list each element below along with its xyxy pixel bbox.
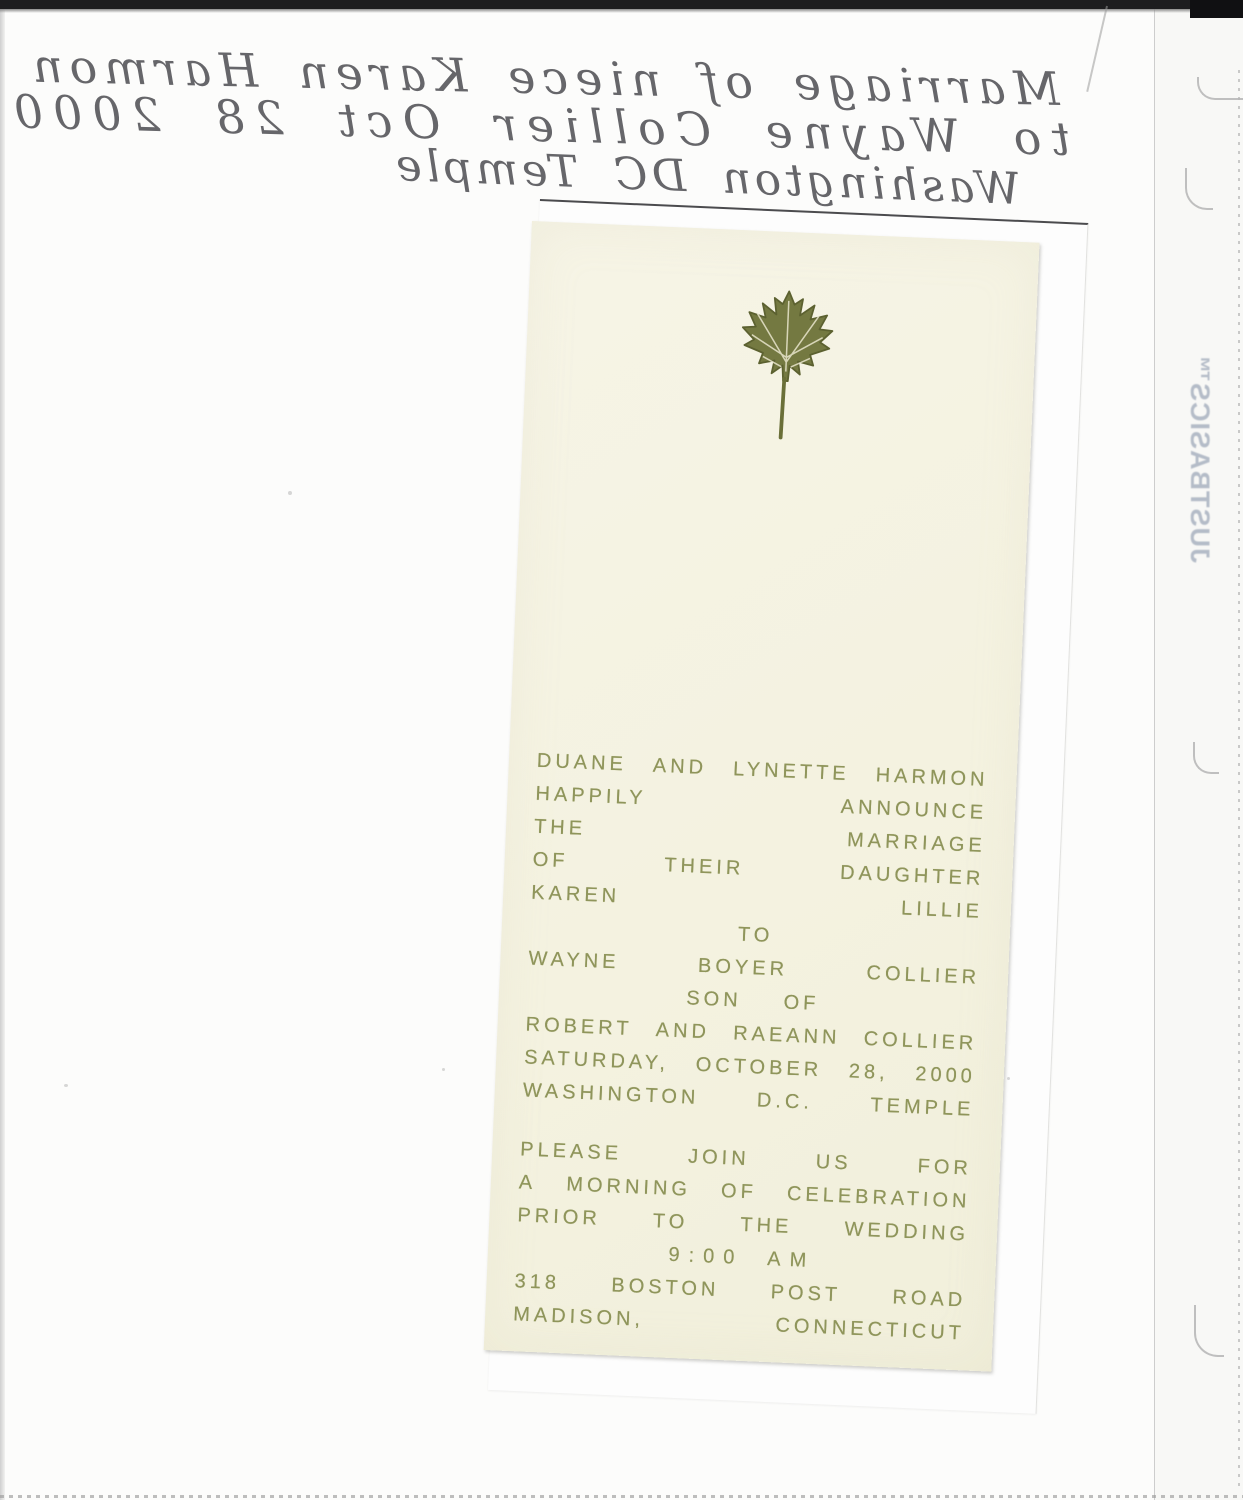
page-edge-left <box>0 8 5 1500</box>
page-edge-right <box>1238 70 1240 1486</box>
handwritten-line: Marriage of niece Karen Harmon <box>25 39 1060 116</box>
scan-edge-top-right <box>1190 0 1243 18</box>
sheet-protector-edge: JUSTBASICS™ <box>1154 0 1243 1500</box>
binder-tab-mark <box>1193 742 1219 774</box>
announcement-card: DUANEANDLYNETTEHARMON HAPPILYANNOUNCE TH… <box>484 221 1040 1372</box>
binder-tab-mark <box>1185 168 1213 210</box>
binder-tab-mark <box>1194 1305 1224 1357</box>
paper-speck <box>442 1068 445 1071</box>
announcement-text: DUANEANDLYNETTEHARMON HAPPILYANNOUNCE TH… <box>512 750 989 1356</box>
scanned-page: DUANEANDLYNETTEHARMON HAPPILYANNOUNCE TH… <box>0 0 1243 1500</box>
paper-speck <box>64 1084 68 1087</box>
scan-edge-top <box>0 0 1243 9</box>
maple-leaf-icon <box>724 287 848 443</box>
sheet-brand: JUSTBASICS™ <box>1163 368 1235 548</box>
page-edge-bottom <box>0 1495 1243 1498</box>
paper-speck <box>1007 1077 1010 1080</box>
sheet-brand-text: JUSTBASICS™ <box>1184 353 1215 562</box>
paper-speck <box>288 491 292 495</box>
handwritten-line: Washington DC Temple <box>391 140 1021 215</box>
binder-tab-mark <box>1197 77 1243 100</box>
scan-edge-top-fade <box>0 9 1243 13</box>
scan-scratch <box>1086 6 1108 92</box>
handwritten-line: to Wayne Collier Oct 28 2000 <box>3 84 1071 166</box>
